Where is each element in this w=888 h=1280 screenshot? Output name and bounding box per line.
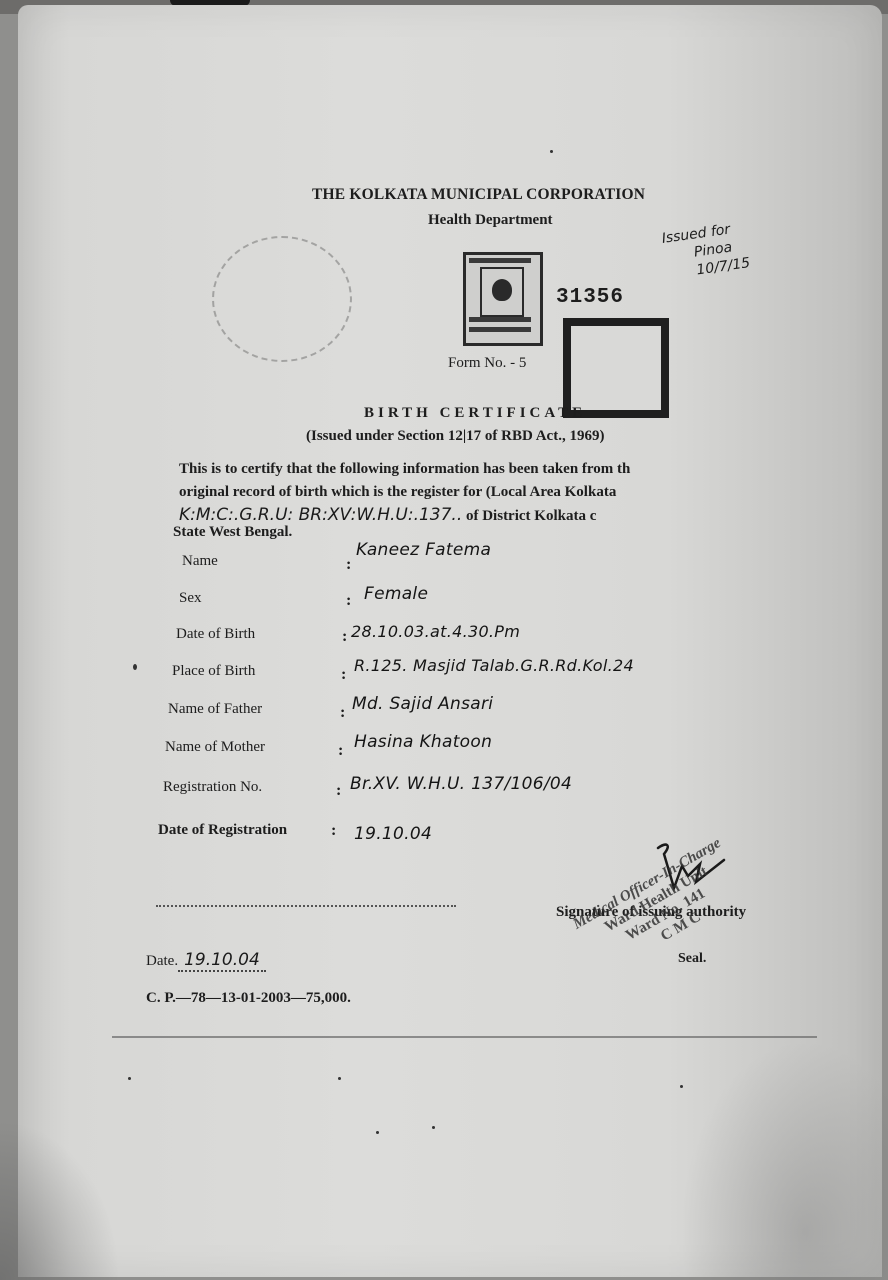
paper-speck (550, 150, 553, 153)
department-name: Health Department (428, 212, 553, 229)
field-colon: : (341, 666, 346, 684)
form-number: Form No. - 5 (448, 355, 526, 372)
paper-speck (432, 1126, 435, 1129)
field-value: Md. Sajid Ansari (352, 694, 493, 714)
intro-line-1: This is to certify that the following in… (179, 461, 630, 478)
paper-speck (376, 1131, 379, 1134)
field-label: Place of Birth (172, 663, 255, 680)
field-colon: : (331, 822, 336, 840)
certificate-title: BIRTH CERTIFICATE (364, 405, 586, 422)
faded-round-seal (212, 236, 352, 362)
handwritten-issued-note: Issued for Pinoa 10/7/15 (661, 218, 752, 283)
date-label: Date. (146, 953, 178, 969)
field-label: Sex (179, 590, 202, 607)
field-label: Date of Registration (158, 822, 287, 839)
photo-box (563, 318, 669, 418)
photo-shadow (680, 1040, 888, 1280)
field-value: 28.10.03.at.4.30.Pm (351, 622, 520, 641)
serial-number: 31356 (556, 286, 624, 309)
field-colon: : (342, 628, 347, 646)
certificate-subtitle: (Issued under Section 12|17 of RBD Act.,… (306, 428, 604, 445)
field-colon: : (346, 556, 351, 574)
dotted-line (156, 905, 456, 907)
paper-speck (128, 1077, 131, 1080)
print-code: C. P.—78—13-01-2003—75,000. (146, 990, 351, 1007)
issue-date: Date.19.10.04 (146, 950, 266, 970)
field-label: Date of Birth (176, 626, 255, 643)
intro-line-2: original record of birth which is the re… (179, 484, 616, 501)
field-colon: : (338, 742, 343, 760)
field-value: Female (364, 584, 428, 604)
paper-speck (133, 664, 137, 670)
field-label: Name of Mother (165, 739, 265, 756)
kmc-emblem-icon (463, 252, 543, 346)
field-value: Kaneez Fatema (356, 540, 491, 560)
field-value: Hasina Khatoon (354, 732, 492, 752)
bottom-rule (112, 1036, 817, 1038)
photo-shadow (0, 1120, 120, 1280)
paper-speck (680, 1085, 683, 1088)
field-label: Name of Father (168, 701, 262, 718)
field-colon: : (336, 782, 341, 800)
field-value: 19.10.04 (354, 824, 432, 844)
intro-line-3: K:M:C:.G.R.U: BR:XV:W.H.U:.137.. of Dist… (179, 505, 596, 525)
field-label: Registration No. (163, 779, 262, 796)
field-colon: : (340, 704, 345, 722)
date-value: 19.10.04 (178, 950, 266, 972)
field-value: Br.XV. W.H.U. 137/106/04 (350, 774, 572, 794)
field-value: R.125. Masjid Talab.G.R.Rd.Kol.24 (354, 656, 634, 675)
paper-speck (338, 1077, 341, 1080)
organization-name: THE KOLKATA MUNICIPAL CORPORATION (312, 186, 645, 204)
district-text: of District Kolkata c (462, 508, 596, 524)
seal-text: Seal. (678, 951, 706, 967)
intro-line-4: State West Bengal. (173, 524, 292, 541)
local-area-handwritten: K:M:C:.G.R.U: BR:XV:W.H.U:.137.. (179, 505, 462, 525)
field-colon: : (346, 592, 351, 610)
field-label: Name (182, 553, 218, 570)
